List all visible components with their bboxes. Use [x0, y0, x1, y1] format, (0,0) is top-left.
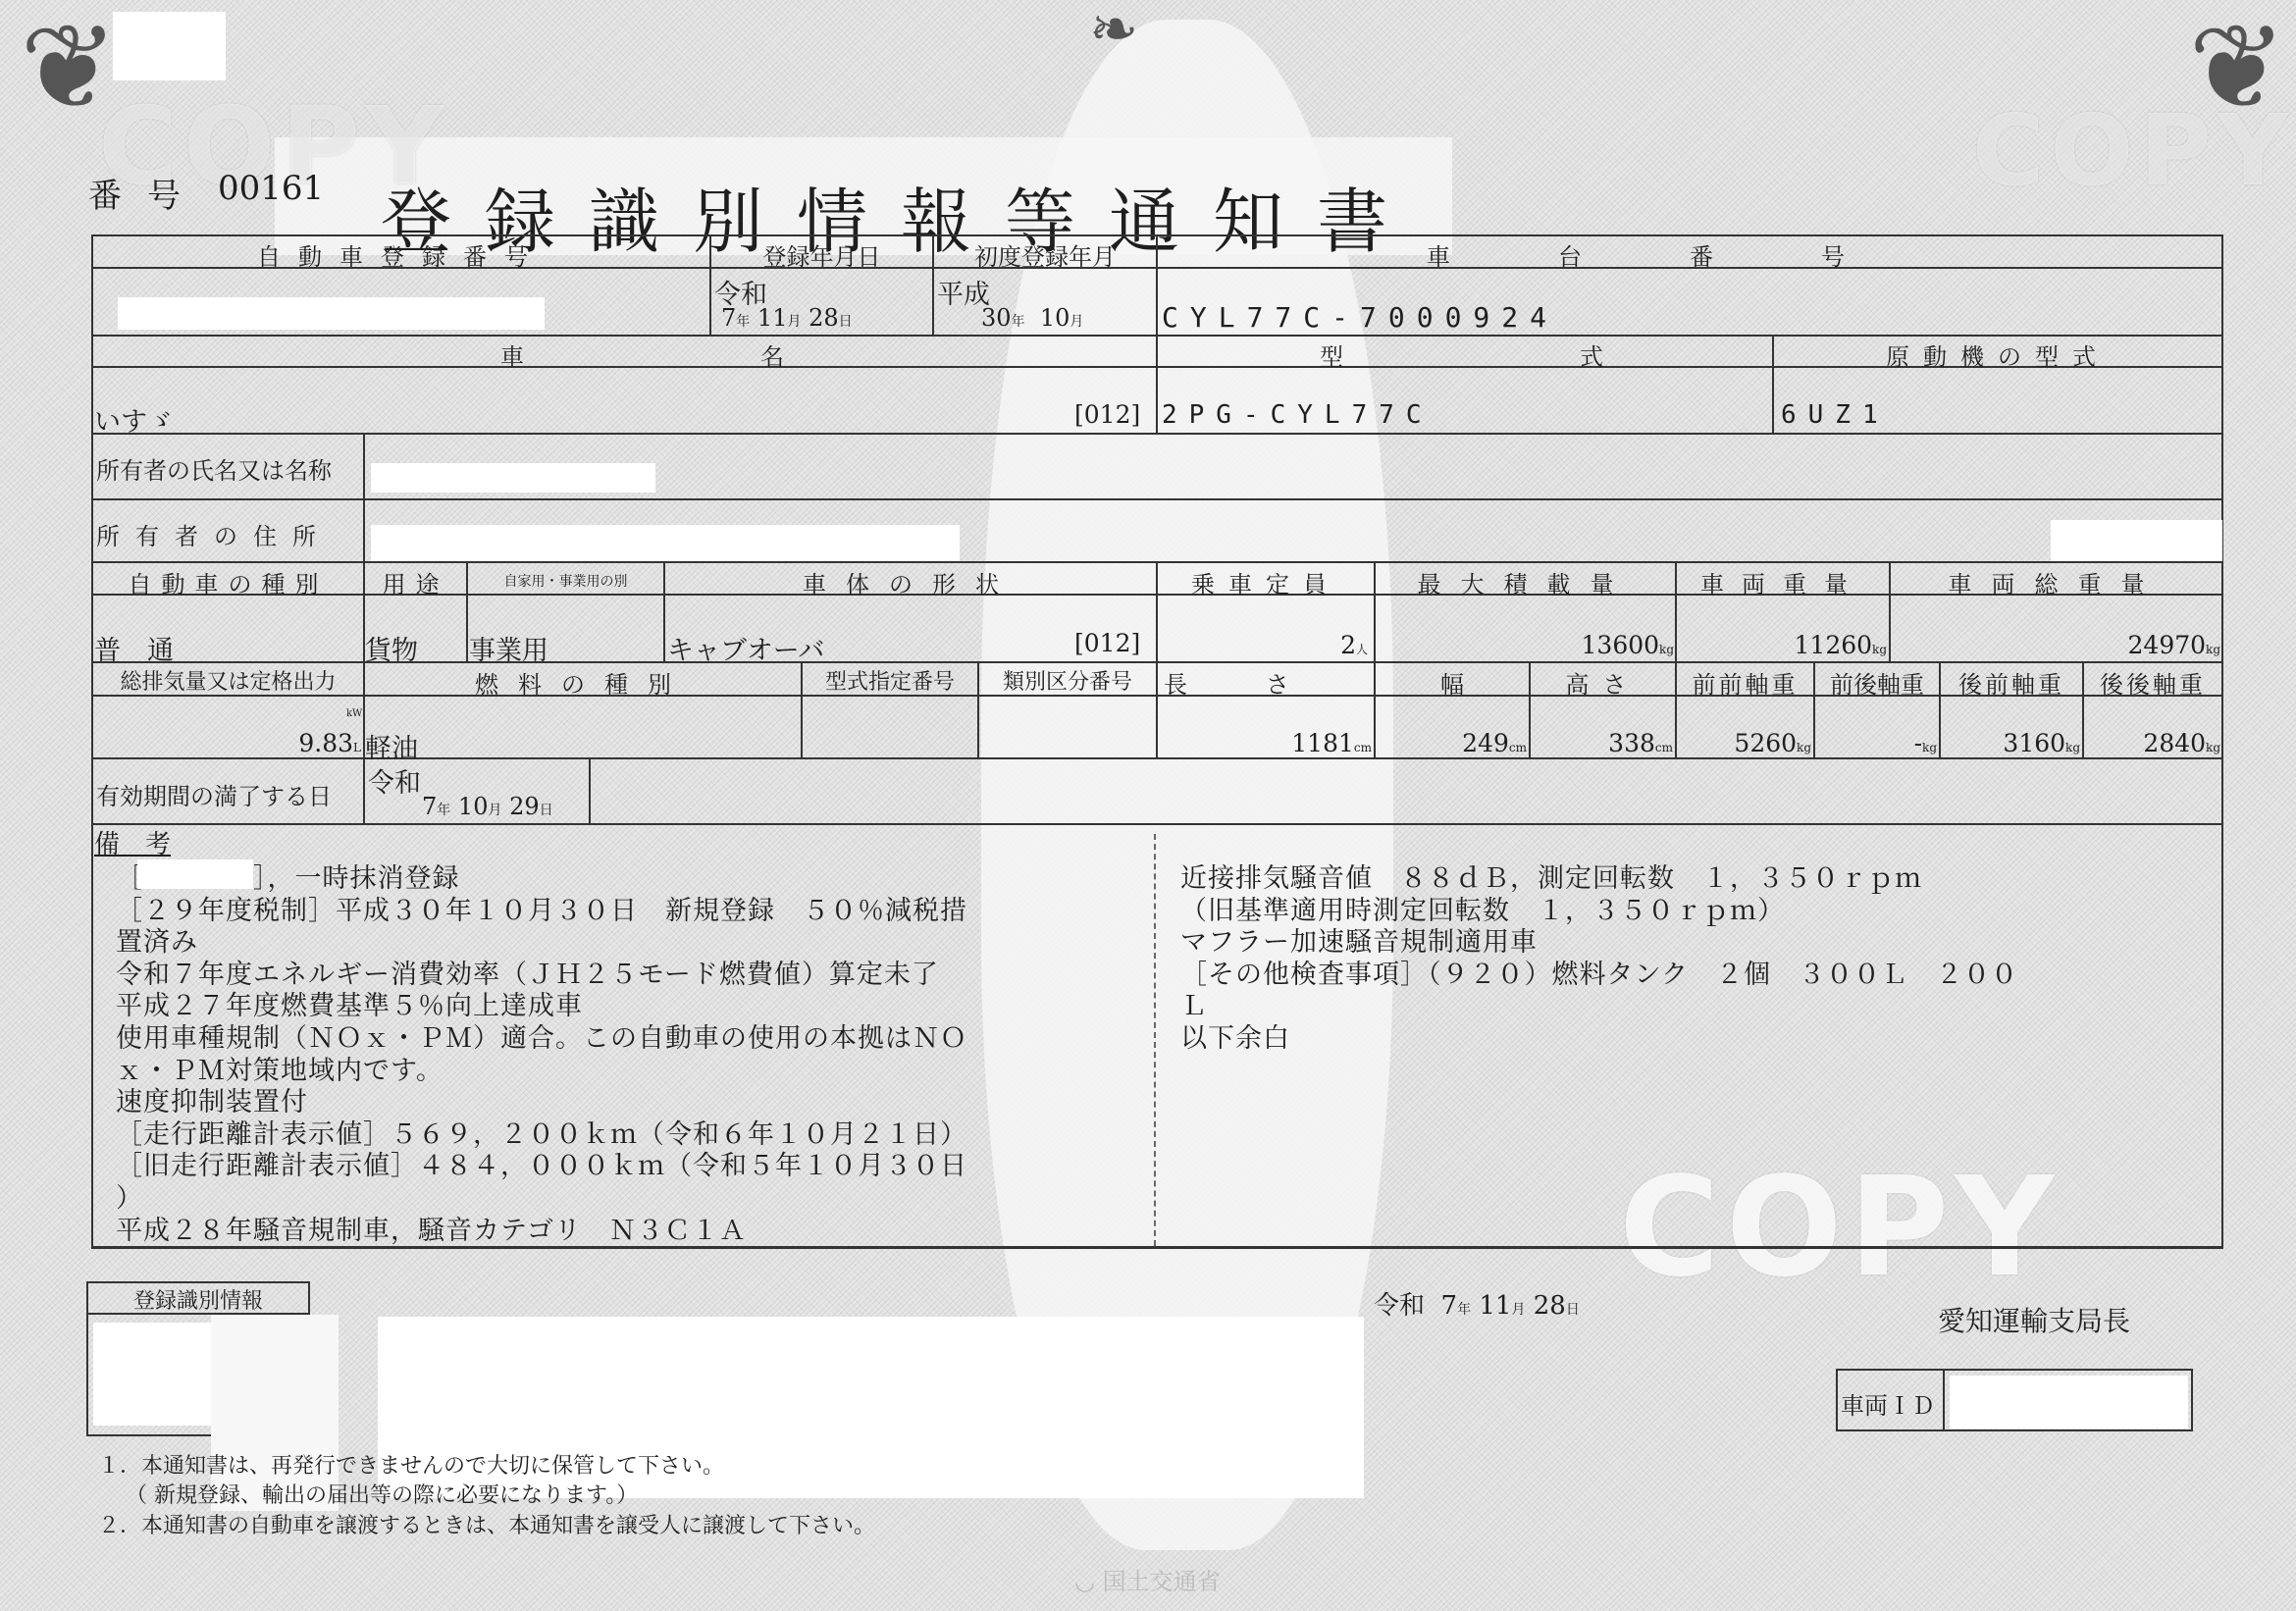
gross-weight-value: 24970: [2128, 631, 2207, 659]
length-value: 1181: [1291, 729, 1354, 757]
redacted-top-area: [113, 12, 226, 80]
rf-axle-header: 後前軸重: [1941, 665, 2082, 700]
fr-axle-weight: -kg: [1914, 729, 1937, 757]
reg-date-header: 登録年月日: [711, 237, 932, 272]
vehicle-weight-header: 車両重量: [1677, 565, 1889, 599]
issue-date: 令和 7年 11月 28日: [1374, 1285, 1580, 1322]
expiry-date: 7年 10月 29日: [422, 793, 553, 820]
unit-month: 月: [488, 803, 501, 818]
width-header: 幅: [1376, 665, 1529, 700]
vehicle-name-code: [012]: [1074, 400, 1140, 429]
table-border: [91, 234, 93, 1248]
vehicle-weight-value: 11260: [1795, 631, 1873, 659]
length: 1181cm: [1291, 729, 1372, 757]
expiry-label: 有効期間の満了する日: [96, 777, 332, 811]
weight-unit: kg: [1659, 643, 1674, 656]
kg-unit: kg: [1922, 741, 1937, 754]
weight-unit: kg: [2206, 643, 2220, 656]
vehicle-id-divider: [1943, 1369, 1945, 1431]
document-paper: COPY COPY COPY ❦ ❦ ❧ 番号 00161 登録識別情報等通知書: [0, 0, 2296, 1611]
reg-date: 7年 11月 28日: [721, 304, 853, 332]
remark-line: ［その他検査事項］（９２０）燃料タンク ２個 ３００Ｌ ２００: [1180, 953, 2018, 991]
capacity-unit: 人: [1356, 643, 1368, 656]
max-load-value: 13600: [1582, 631, 1660, 659]
remarks-label: 備 考: [94, 824, 171, 860]
ministry-stamp: ◡ 国土交通省: [1074, 1562, 1221, 1596]
fr-axle-value: -: [1914, 729, 1922, 757]
remark-line: ［旧走行距離計表示値］４８４，０００ｋｍ（令和５年１０月３０日: [116, 1144, 967, 1182]
corner-ornament-icon: ❦: [2188, 10, 2287, 128]
rr-axle-header: 後後軸重: [2084, 665, 2221, 700]
table-border: [91, 498, 2223, 500]
footer-note: （ 新規登録、輸出の届出等の際に必要になります。）: [126, 1479, 638, 1509]
rr-axle-weight: 2840kg: [2143, 729, 2220, 757]
unit-year: 年: [1457, 1302, 1471, 1318]
redacted-owner-address: [371, 525, 960, 561]
reg-id-info-label: 登録識別情報: [88, 1284, 308, 1315]
table-border: [363, 433, 365, 561]
remark-line: ［２９年度税制］平成３０年１０月３０日 新規登録 ５０％減税措: [116, 889, 967, 927]
expiry-year: 7: [422, 793, 437, 820]
cm-unit: cm: [1354, 741, 1372, 754]
chassis-header: 車台番号: [1158, 237, 2221, 272]
private-business: 事業用: [469, 629, 548, 667]
unit-year: 年: [437, 803, 450, 818]
unit-day: 日: [540, 803, 553, 818]
remark-line: 以下余白: [1180, 1016, 1290, 1055]
owner-address-label: 所有者の住所: [96, 517, 332, 551]
vehicle-name-header: 名: [760, 338, 784, 372]
height: 338cm: [1608, 729, 1673, 757]
redacted-owner-address-right: [2051, 520, 2222, 561]
expiry-month: 10: [458, 793, 489, 820]
ministry-logo-icon: ◡: [1074, 1568, 1095, 1595]
body-shape-code: [012]: [1074, 629, 1140, 657]
vehicle-id-label: 車両ＩＤ: [1841, 1386, 1935, 1421]
ministry-name: 国土交通省: [1103, 1568, 1221, 1595]
table-border: [589, 757, 591, 824]
max-load-header: 最大積載量: [1376, 565, 1675, 599]
issue-date-month: 11: [1479, 1291, 1511, 1321]
redacted-vehicle-id: [1950, 1376, 2188, 1429]
height-header: 高さ: [1531, 665, 1675, 700]
rf-axle-weight: 3160kg: [2003, 729, 2080, 757]
reg-date-year: 7: [721, 304, 736, 332]
vehicle-type: 普 通: [94, 629, 174, 667]
top-center-ornament-icon: ❧: [1089, 0, 1138, 59]
capacity-value: 2: [1340, 631, 1356, 659]
ff-axle-header: 前前軸重: [1677, 665, 1813, 700]
kg-unit: kg: [2206, 741, 2220, 754]
vehicle-name-header: 車: [500, 338, 524, 372]
first-reg-header: 初度登録年月: [934, 237, 1156, 272]
table-border: [91, 823, 2223, 825]
gross-weight-header: 車両総重量: [1891, 565, 2221, 599]
body-shape: キャブオーバ: [667, 629, 824, 667]
fr-axle-header: 前後軸重: [1815, 665, 1939, 700]
copy-watermark: COPY: [1619, 1148, 2061, 1308]
category-header: 類別区分番号: [979, 665, 1156, 696]
unit-year: 年: [1012, 314, 1025, 330]
rr-axle-value: 2840: [2143, 729, 2206, 757]
height-value: 338: [1608, 729, 1655, 757]
remarks-divider: [1154, 834, 1156, 1246]
model-header: 式: [1580, 338, 1603, 372]
issue-date-era: 令和: [1374, 1291, 1425, 1321]
vehicle-weight: 11260kg: [1795, 631, 1887, 659]
redacted-remark-item: [137, 859, 253, 889]
fuel-header: 燃料の種別: [365, 665, 801, 700]
length-header: 長さ: [1158, 665, 1374, 700]
owner-name-label: 所有者の氏名又は名称: [96, 451, 332, 486]
expiry-day: 29: [509, 793, 540, 820]
unit-year: 年: [736, 314, 750, 330]
issuer: 愛知運輸支局長: [1938, 1300, 2130, 1339]
use-header: 用途: [365, 565, 466, 599]
kg-unit: kg: [2065, 741, 2080, 754]
weight-unit: kg: [1872, 643, 1887, 656]
engine-model: 6UZ1: [1781, 400, 1890, 430]
vehicle-name: いすゞ: [94, 400, 174, 439]
width-value: 249: [1462, 729, 1509, 757]
displacement-value: 9.83: [298, 729, 353, 757]
kg-unit: kg: [1797, 741, 1811, 754]
cm-unit: cm: [1655, 741, 1673, 754]
unit-month: 月: [1511, 1302, 1525, 1318]
engine-model-header: 原動機の型式: [1774, 338, 2221, 372]
gross-weight: 24970kg: [2128, 631, 2220, 659]
vehicle-model: 2PG-CYL77C: [1162, 400, 1434, 430]
corner-ornament-icon: ❦: [20, 10, 119, 128]
max-load: 13600kg: [1582, 631, 1674, 659]
body-shape-header: 車体の形状: [665, 565, 1156, 599]
reg-date-month: 11: [757, 304, 788, 332]
unit-month: 月: [1070, 314, 1083, 330]
reg-number-header: 自動車登録番号: [93, 237, 709, 272]
remark-line: 平成２８年騒音規制車，騒音カテゴリ Ｎ３Ｃ１Ａ: [116, 1209, 747, 1247]
table-border: [2221, 234, 2223, 1248]
footer-note: １．本通知書は、再発行できませんので大切に保管して下さい。: [98, 1449, 724, 1480]
first-reg-year: 30: [981, 304, 1012, 332]
reg-date-day: 28: [809, 304, 839, 332]
displacement: 9.83L: [298, 729, 361, 757]
unit-month: 月: [787, 314, 801, 330]
vehicle-use: 貨物: [365, 629, 418, 667]
footer-note: ２．本通知書の自動車を譲渡するときは、本通知書を譲受人に譲渡して下さい。: [98, 1509, 875, 1539]
capacity-header: 乗車定員: [1158, 565, 1374, 599]
fuel-type: 軽油: [365, 727, 418, 765]
first-reg-date: 30年 10月: [981, 304, 1083, 332]
type-designation-header: 型式指定番号: [803, 665, 977, 696]
private-business-header: 自家用・事業用の別: [468, 571, 663, 591]
type-header: 自動車の種別: [93, 565, 363, 599]
displacement-unit-l: L: [353, 741, 361, 754]
expiry-era: 令和: [368, 761, 421, 800]
capacity: 2人: [1340, 631, 1368, 659]
first-reg-month: 10: [1040, 304, 1070, 332]
chassis-number: CYL77C-7000924: [1162, 301, 1558, 334]
serial-number: 00161: [218, 169, 324, 208]
model-header: 型: [1320, 338, 1343, 372]
issue-date-day: 28: [1534, 1291, 1566, 1321]
width: 249cm: [1462, 729, 1527, 757]
displacement-header: 総排気量又は定格出力: [93, 665, 363, 696]
unit-day: 日: [839, 314, 853, 330]
issue-date-year: 7: [1441, 1291, 1458, 1321]
redacted-owner-name: [371, 463, 655, 493]
displacement-unit-kw: kW: [346, 708, 362, 719]
serial-label: 番号: [88, 169, 206, 217]
rf-axle-value: 3160: [2003, 729, 2065, 757]
redacted-reg-number: [118, 297, 545, 330]
ff-axle-value: 5260: [1734, 729, 1797, 757]
ff-axle-weight: 5260kg: [1734, 729, 1811, 757]
cm-unit: cm: [1509, 741, 1527, 754]
unit-day: 日: [1566, 1302, 1580, 1318]
